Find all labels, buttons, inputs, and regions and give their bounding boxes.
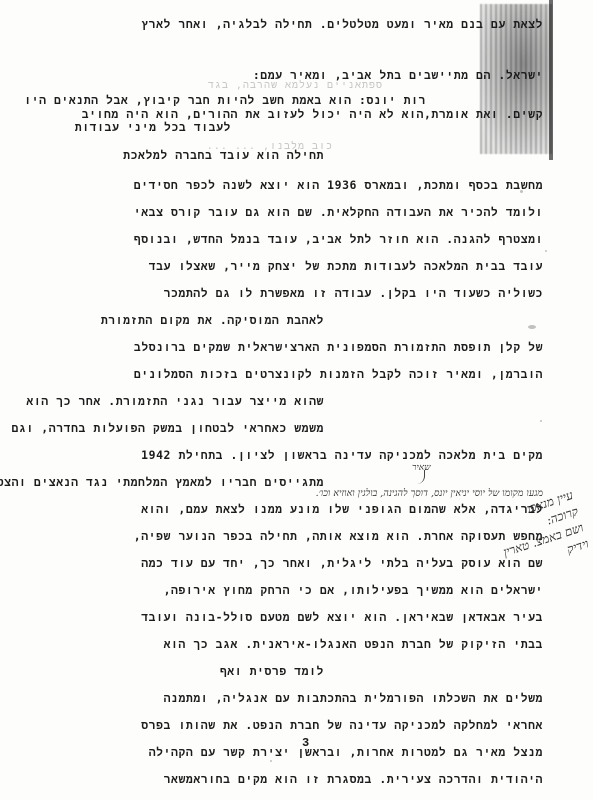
- text-line: כשוליה כשעוד היו בקלן. עבודה זו מאפשרת ל…: [164, 286, 543, 300]
- text-line: משלים את השכלתו הפורמלית בהתכתבות עם אנג…: [164, 691, 543, 705]
- text-line: בעיר אבאדאן שבאיראן. הוא יוצא לשם מטעם ס…: [141, 610, 543, 624]
- text-line: הוברמן, ומאיר זוכה לקבל הזמנות לקונצרטים…: [134, 367, 543, 381]
- scan-speck: [270, 760, 272, 762]
- text-line: שהוא מייצר עבור נגני התזמורת. אחר כך הוא: [26, 394, 324, 408]
- scan-speck: [528, 325, 536, 329]
- text-line: ישראל. הם מתיישבים בתל אביב, ומאיר עמם:: [253, 68, 543, 82]
- scan-speck: [540, 420, 542, 422]
- text-line: משמש כאחראי לבטחון במשק הפועלות בחדרה, ו…: [12, 421, 324, 435]
- text-line: קשים. ואת אומרת,הוא לא היה יכול לעזוב את…: [82, 107, 543, 121]
- scan-speck: [545, 250, 547, 252]
- text-line: מחפש תעסוקה אחרת. הוא מוצא אותה, תחילה ב…: [134, 529, 543, 543]
- text-line: מנצל מאיר גם למטרות אחרות, ובראשן יצירת …: [149, 745, 543, 759]
- text-line: בבתי הזיקוק של חברת הנפט האנגלו-איראנית.…: [164, 637, 543, 651]
- text-line: של קלן תופסת התזמורת הסמפונית הארצישראלי…: [134, 340, 543, 354]
- text-line: מתגייסים חבריו למאמץ המלחמתי נגד הנאצים …: [0, 475, 324, 489]
- text-line: לאהבת המוסיקה. את מקום התזמורת: [101, 313, 324, 327]
- text-line: שם הוא עוסק בעליה בלתי ליגלית, ואחר כך, …: [141, 556, 543, 570]
- text-line: לצאת עם בנם מאיר ומעט מטלטלים. תחילה לבל…: [141, 17, 543, 31]
- text-line: מחשבת בכסף ומתכת, ובמארס 1936 הוא יוצא ל…: [134, 178, 543, 192]
- text-line: ישראלים הוא ממשיך בפעילותו, אם כי הרחק מ…: [164, 583, 543, 597]
- text-line: היהודית והדרכה צעירית. במסגרת זו הוא מקי…: [164, 772, 543, 786]
- handwritten-interlinear-note: מגעו מקומו של יוסי יניאין יונס, דוסך להג…: [316, 488, 543, 499]
- text-line: ולומד להכיר את העבודה החקלאית. שם הוא גם…: [134, 205, 543, 219]
- page-number: 3: [302, 736, 309, 750]
- text-line: תחילה הוא עובד בחברה למלאכת: [123, 148, 324, 162]
- text-line: ומצטרף להגנה. הוא חוזר לתל אביב, עובד בנ…: [134, 232, 543, 246]
- scanned-document-page: ספתאניים נעלמא שהרבה, בגד כוב מלבנו, ...…: [0, 0, 593, 800]
- text-line: לעבוד בכל מיני עבודות: [75, 120, 231, 134]
- text-line: לבריגדה, אלא שהמום הגופני שלו מונע ממנו …: [141, 502, 543, 516]
- scan-shadow-edge: [549, 0, 553, 160]
- insert-caret: [412, 470, 425, 484]
- text-line: מקים בית מלאכה למכניקה עדינה בראשון לציו…: [141, 448, 543, 462]
- text-line: רות יונס: הוא באמת חשב להיות חבר קיבוץ, …: [24, 93, 426, 107]
- text-line: אחראי למחלקה למכניקה עדינה של חברת הנפט.…: [141, 718, 543, 732]
- text-line: לומד פרסית ואף: [220, 664, 324, 678]
- text-line: עובד בבית המלאכה לעבודות מתכת של יצחק מי…: [149, 259, 543, 273]
